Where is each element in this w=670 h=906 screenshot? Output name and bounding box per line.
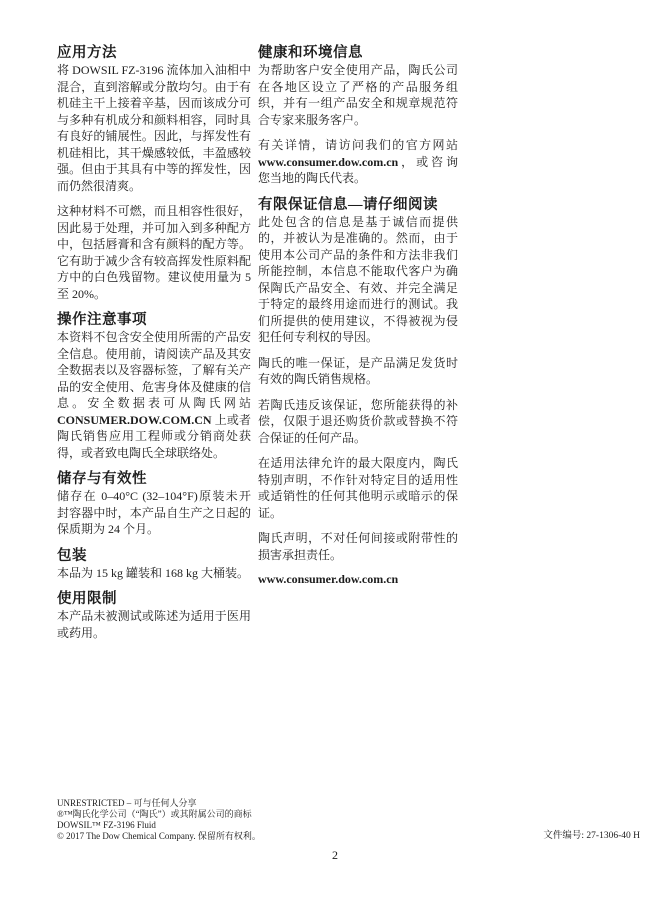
- application-paragraph-1: 将 DOWSIL FZ-3196 流体加入油相中混合，直到溶解或分散均匀。由于有…: [57, 62, 251, 194]
- health-paragraph-2: 有关详情，请访问我们的官方网站 www.consumer.dow.com.cn，…: [258, 137, 458, 187]
- section-handling-precautions: 操作注意事项 本资料不包含安全使用所需的产品安全信息。使用前，请阅读产品及其安全…: [57, 311, 251, 461]
- section-storage-shelf-life: 储存与有效性 储存在 0–40°C (32–104°F)原装未开封容器中时，本产…: [57, 470, 251, 538]
- warranty-paragraph-5: 陶氏声明，不对任何间接或附带性的损害承担责任。: [258, 530, 458, 563]
- footer-unrestricted-line: UNRESTRICTED – 可与任何人分享: [57, 798, 261, 809]
- consumer-website-inline-link[interactable]: www.consumer.dow.com.cn: [258, 155, 398, 169]
- document-page: 应用方法 将 DOWSIL FZ-3196 流体加入油相中混合，直到溶解或分散均…: [0, 0, 670, 906]
- sds-website-link[interactable]: CONSUMER.DOW.COM.CN: [57, 413, 212, 427]
- consumer-website-link[interactable]: www.consumer.dow.com.cn: [258, 572, 458, 587]
- handling-text-before: 本资料不包含安全使用所需的产品安全信息。使用前，请阅读产品及其安全数据表以及容器…: [57, 330, 251, 410]
- warranty-paragraph-1: 此处包含的信息是基于诚信而提供的，并被认为是准确的。然而，由于使用本公司产品的条…: [258, 214, 458, 346]
- footer-product-name-line: DOWSIL™ FZ-3196 Fluid: [57, 820, 261, 831]
- application-method-heading: 应用方法: [57, 44, 251, 62]
- limited-warranty-heading: 有限保证信息—请仔细阅读: [258, 196, 458, 214]
- section-health-environment: 健康和环境信息 为帮助客户安全使用产品，陶氏公司在各地区设立了严格的产品服务组织…: [258, 44, 458, 187]
- warranty-paragraph-2: 陶氏的唯一保证，是产品满足发货时有效的陶氏销售规格。: [258, 355, 458, 388]
- health-environment-heading: 健康和环境信息: [258, 44, 458, 62]
- packaging-paragraph: 本品为 15 kg 罐装和 168 kg 大桶装。: [57, 565, 251, 582]
- packaging-heading: 包装: [57, 547, 251, 565]
- right-column: 健康和环境信息 为帮助客户安全使用产品，陶氏公司在各地区设立了严格的产品服务组织…: [258, 44, 458, 587]
- warranty-paragraph-3: 若陶氏违反该保证，您所能获得的补偿，仅限于退还购货价款或替换不符合保证的任何产品…: [258, 397, 458, 447]
- section-packaging: 包装 本品为 15 kg 罐装和 168 kg 大桶装。: [57, 547, 251, 582]
- storage-heading: 储存与有效性: [57, 470, 251, 488]
- document-number: 文件编号: 27-1306-40 H: [543, 831, 640, 842]
- application-paragraph-2: 这种材料不可燃，而且相容性很好，因此易于处理，并可加入到多种配方中，包括唇膏和含…: [57, 203, 251, 302]
- section-limited-warranty: 有限保证信息—请仔细阅读 此处包含的信息是基于诚信而提供的，并被认为是准确的。然…: [258, 196, 458, 564]
- storage-paragraph: 储存在 0–40°C (32–104°F)原装未开封容器中时，本产品自生产之日起…: [57, 488, 251, 538]
- handling-paragraph: 本资料不包含安全使用所需的产品安全信息。使用前，请阅读产品及其安全数据表以及容器…: [57, 329, 251, 461]
- section-application-method: 应用方法 将 DOWSIL FZ-3196 流体加入油相中混合，直到溶解或分散均…: [57, 44, 251, 302]
- footer-copyright-line: © 2017 The Dow Chemical Company. 保留所有权利。: [57, 831, 261, 842]
- handling-precautions-heading: 操作注意事项: [57, 311, 251, 329]
- section-use-limitations: 使用限制 本产品未被测试或陈述为适用于医用或药用。: [57, 590, 251, 641]
- page-number: 2: [0, 848, 670, 863]
- health-text-before: 有关详情，请访问我们的官方网站: [258, 138, 458, 152]
- left-column: 应用方法 将 DOWSIL FZ-3196 流体加入油相中混合，直到溶解或分散均…: [57, 44, 251, 650]
- use-limitations-paragraph: 本产品未被测试或陈述为适用于医用或药用。: [57, 608, 251, 641]
- footer-trademark-line: ®™陶氏化学公司（“陶氏”）或其附属公司的商标: [57, 809, 261, 820]
- health-paragraph-1: 为帮助客户安全使用产品，陶氏公司在各地区设立了严格的产品服务组织，并有一组产品安…: [258, 62, 458, 128]
- use-limitations-heading: 使用限制: [57, 590, 251, 608]
- footer-legal-block: UNRESTRICTED – 可与任何人分享 ®™陶氏化学公司（“陶氏”）或其附…: [57, 798, 261, 842]
- warranty-paragraph-4: 在适用法律允许的最大限度内，陶氏特别声明，不作针对特定目的适用性或适销性的任何其…: [258, 455, 458, 521]
